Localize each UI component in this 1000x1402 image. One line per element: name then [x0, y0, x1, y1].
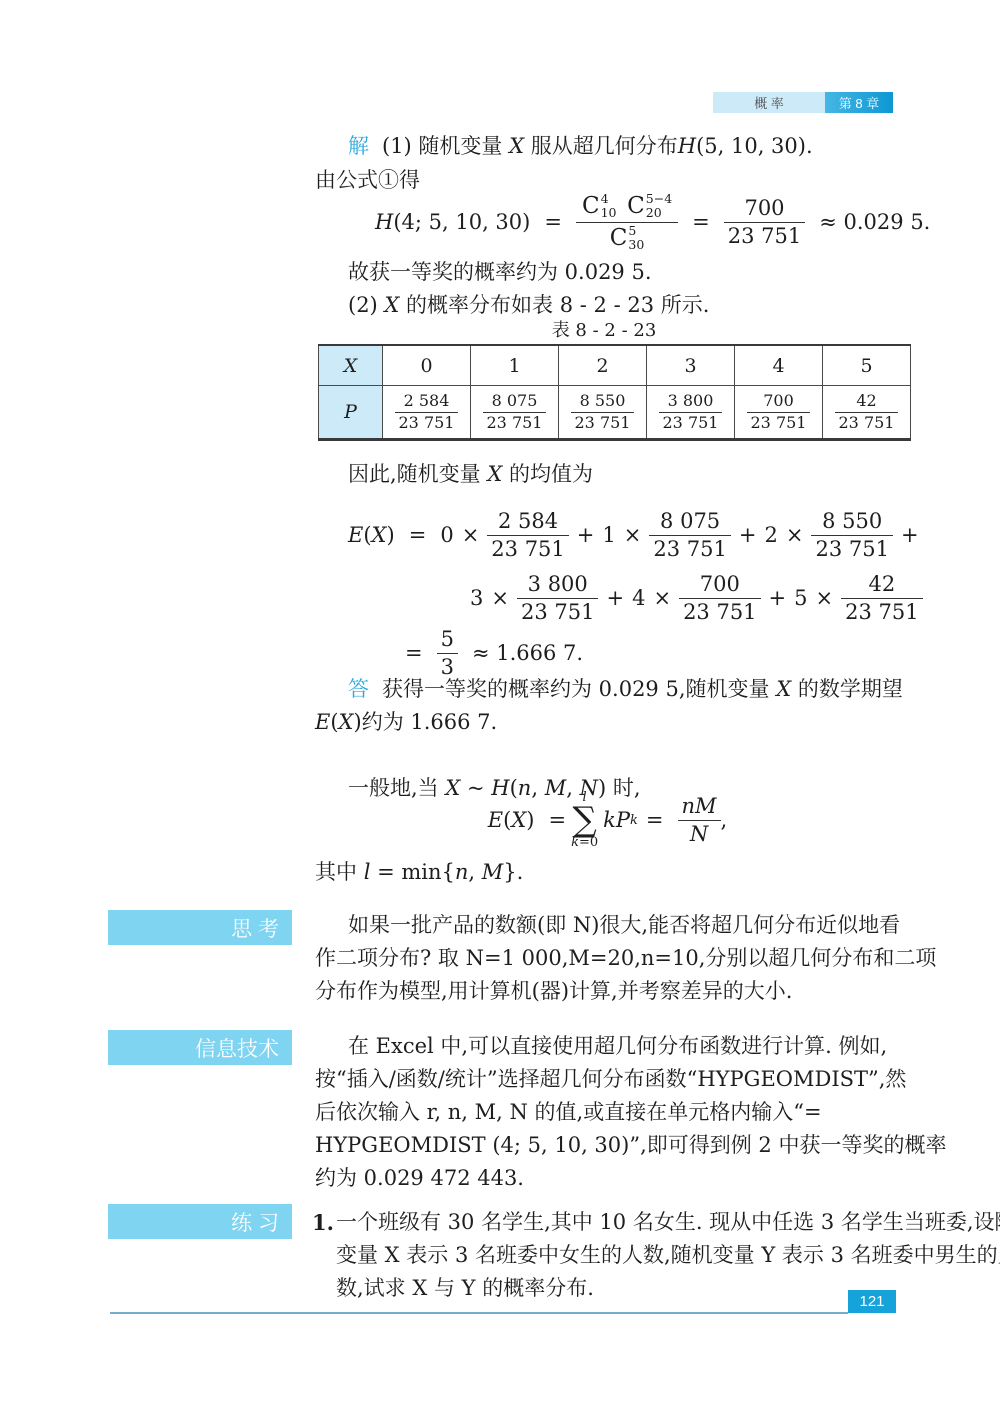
- fraction-denominator: 23 751: [811, 535, 892, 561]
- fraction-numerator: 8 075: [649, 509, 730, 534]
- comb-base: C: [627, 193, 645, 219]
- term-coefficient: 1: [602, 523, 615, 547]
- footer-rule: [110, 1312, 848, 1314]
- fraction-denominator: 23 751: [517, 598, 598, 624]
- var-X: X: [776, 677, 791, 701]
- mean-formula-result: = 53 ≈ 1.666 7.: [405, 629, 583, 677]
- term-coefficient: 5: [794, 586, 807, 610]
- times-sign: ×: [624, 523, 642, 547]
- fraction-denominator: 23 751: [747, 412, 811, 432]
- solution-text: (5, 10, 30).: [696, 134, 813, 158]
- table-cell: 0: [383, 345, 471, 386]
- exercise-line-1: 一个班级有 30 名学生,其中 10 名女生. 现从中任选 3 名学生当班委,设…: [336, 1206, 1000, 1239]
- infotech-line-5: 约为 0.029 472 443.: [315, 1162, 524, 1195]
- mean-text: 因此,随机变量: [348, 462, 487, 486]
- formula-args: (4; 5, 10, 30): [393, 210, 530, 234]
- solution-text: 服从超几何分布: [524, 134, 678, 158]
- mean-formula-row-1: E(X) = 0× 2 58423 751 + 1× 8 07523 751 +…: [348, 507, 919, 563]
- fraction-denominator: 23 751: [483, 412, 547, 432]
- solution-line-3: 故获一等奖的概率约为 0.029 5.: [348, 256, 652, 289]
- approx-value: ≈ 1.666 7.: [472, 641, 583, 665]
- mean-formula-row-2: 3× 3 80023 751 + 4× 70023 751 + 5× 4223 …: [470, 570, 923, 626]
- comma: ,: [468, 860, 481, 884]
- where-text: 其中: [315, 860, 364, 884]
- expectation-formula: E(X) = l ∑ k=0 kPk = nMN ,: [315, 785, 900, 855]
- exercise-line-3: 数,试求 X 与 Y 的概率分布.: [336, 1272, 594, 1305]
- exercise-number: 1.: [312, 1206, 334, 1239]
- equals-sign: =: [548, 808, 566, 832]
- table-cell: 1: [471, 345, 559, 386]
- equals-sign: =: [544, 210, 562, 234]
- think-line-3: 分布作为模型,用计算机(器)计算,并考察差异的大小.: [315, 975, 792, 1008]
- table-var-label: X: [319, 345, 383, 386]
- var-k: k: [571, 835, 579, 850]
- infotech-section-label: 信息技术: [108, 1030, 292, 1065]
- solution-line-1: 解(1) 随机变量 X 服从超几何分布H(5, 10, 30).: [348, 130, 813, 163]
- var-E: E: [488, 808, 503, 832]
- fraction-denominator: C530: [576, 222, 678, 253]
- textbook-page: 概 率 第 8 章 解(1) 随机变量 X 服从超几何分布H(5, 10, 30…: [0, 0, 1000, 1402]
- exercise-line-2: 变量 X 表示 3 名班委中女生的人数,随机变量 Y 表示 3 名班委中男生的人: [336, 1239, 1000, 1272]
- fraction-denominator: N: [678, 820, 721, 846]
- term-coefficient: 3: [470, 586, 483, 610]
- var-X: X: [339, 710, 354, 734]
- hypergeometric-formula: H(4; 5, 10, 30) = C410 C5−420 C530 = 700…: [375, 190, 930, 254]
- table-cell: 4: [735, 345, 823, 386]
- paren: ): [526, 808, 534, 832]
- comb-C-20-5-4: C5−420: [627, 192, 672, 221]
- term-coefficient: 0: [440, 523, 453, 547]
- var-E: E: [348, 523, 363, 547]
- sigma: ∑: [572, 804, 596, 836]
- times-sign: ×: [653, 586, 671, 610]
- term-coefficient: 4: [632, 586, 645, 610]
- paren: (: [363, 523, 371, 547]
- fraction-denominator: 23 751: [841, 598, 922, 624]
- answer-line-1: 答获得一等奖的概率约为 0.029 5,随机变量 X 的数学期望: [348, 673, 903, 706]
- numeric-fraction: 700 23 751: [724, 196, 805, 247]
- table-cell: 5: [823, 345, 911, 386]
- equals-sign: =: [405, 641, 423, 665]
- var-X: X: [511, 808, 526, 832]
- table-prob-label: P: [319, 386, 383, 440]
- page-number-badge: 121: [848, 1290, 896, 1313]
- comb-sup: 4: [601, 192, 617, 206]
- fraction-denominator: 23 751: [724, 222, 805, 248]
- fraction-numerator: 700: [747, 392, 811, 411]
- infotech-line-4: HYPGEOMDIST (4; 5, 10, 30)”,即可得到例 2 中获一等…: [315, 1129, 946, 1162]
- var-X: X: [487, 462, 502, 486]
- var-k-subscript: k: [630, 813, 638, 828]
- var-H: H: [678, 134, 696, 158]
- fraction-numerator: 2 584: [395, 392, 459, 411]
- think-line-2: 作二项分布? 取 N=1 000,M=20,n=10,分别以超几何分布和二项: [315, 942, 936, 975]
- fraction-denominator: 23 751: [659, 412, 723, 432]
- table-cell: 3: [647, 345, 735, 386]
- answer-line-2: E(X)约为 1.666 7.: [315, 706, 497, 739]
- fraction-numerator: 700: [724, 196, 805, 221]
- infotech-line-2: 按“插入/函数/统计”选择超几何分布函数“HYPGEOMDIST”,然: [315, 1063, 906, 1096]
- probability-distribution-table: X 0 1 2 3 4 5 P 2 58423 751 8 07523 751 …: [318, 344, 911, 441]
- table-cell: 8 55023 751: [559, 386, 647, 440]
- answer-text: 的数学期望: [791, 677, 903, 701]
- comb-sup: 5−4: [646, 192, 672, 206]
- fraction-denominator: 23 751: [649, 535, 730, 561]
- var-E: E: [315, 710, 330, 734]
- solution-label: 解: [348, 135, 369, 158]
- times-sign: ×: [462, 523, 480, 547]
- sum-lower-limit: k=0: [571, 836, 598, 849]
- var-n: n: [455, 860, 469, 884]
- term-coefficient: 2: [764, 523, 777, 547]
- table-cell: 8 07523 751: [471, 386, 559, 440]
- comb-sub: 10: [601, 206, 617, 220]
- answer-label: 答: [348, 678, 369, 701]
- var-H: H: [375, 210, 393, 234]
- times-sign: ×: [786, 523, 804, 547]
- comb-C-30-5: C530: [610, 224, 645, 253]
- comb-base: C: [582, 193, 600, 219]
- times-sign: ×: [816, 586, 834, 610]
- header-chapter-badge: 第 8 章: [825, 92, 893, 113]
- times-sign: ×: [491, 586, 509, 610]
- fraction-numerator: 42: [835, 392, 899, 411]
- min-open: = min{: [370, 860, 454, 884]
- fraction-denominator: 23 751: [571, 412, 635, 432]
- var-X: X: [372, 523, 387, 547]
- infotech-line-1: 在 Excel 中,可以直接使用超几何分布函数进行计算. 例如,: [315, 1030, 887, 1063]
- plus-sign: +: [606, 586, 624, 610]
- fraction-numerator: C410 C5−420: [576, 192, 678, 222]
- table-row-p: P 2 58423 751 8 07523 751 8 55023 751 3 …: [319, 386, 911, 440]
- fraction-denominator: 23 751: [679, 598, 760, 624]
- infotech-line-3: 后依次输入 r, n, M, N 的值,或直接在单元格内输入“=: [315, 1096, 822, 1129]
- answer-text: 约为 1.666 7.: [362, 710, 498, 734]
- mean-text: 的均值为: [502, 462, 593, 486]
- table-cell: 4223 751: [823, 386, 911, 440]
- plus-sign: +: [577, 523, 595, 547]
- equals-sign: =: [646, 808, 664, 832]
- fraction-denominator: 23 751: [395, 412, 459, 432]
- plus-sign: +: [769, 586, 787, 610]
- table-cell: 2 58423 751: [383, 386, 471, 440]
- fraction-numerator: 8 550: [811, 509, 892, 534]
- equals-sign: =: [409, 523, 427, 547]
- where-clause: 其中 l = min{n, M}.: [315, 856, 523, 889]
- combination-fraction: C410 C5−420 C530: [576, 192, 678, 253]
- comb-sub: 30: [628, 238, 644, 252]
- paren: ): [354, 710, 362, 734]
- table-cell: 3 80023 751: [647, 386, 735, 440]
- min-close: }.: [503, 860, 523, 884]
- plus-sign: +: [739, 523, 757, 547]
- approx-value: ≈ 0.029 5.: [819, 210, 930, 234]
- var-X: X: [509, 134, 524, 158]
- fraction-numerator: nM: [678, 794, 721, 819]
- fraction-numerator: 3 800: [517, 572, 598, 597]
- summation-symbol: l ∑ k=0: [571, 791, 598, 849]
- exercise-section-label: 练 习: [108, 1204, 292, 1239]
- fraction-numerator: 2 584: [487, 509, 568, 534]
- fraction-numerator: 3 800: [659, 392, 723, 411]
- comb-C-10-4: C410: [582, 192, 617, 221]
- fraction-numerator: 8 075: [483, 392, 547, 411]
- table-cell: 70023 751: [735, 386, 823, 440]
- var-kP: kP: [603, 808, 630, 832]
- comb-base: C: [610, 225, 628, 251]
- fraction-denominator: 23 751: [487, 535, 568, 561]
- var-M: M: [482, 860, 504, 884]
- table-cell: 2: [559, 345, 647, 386]
- page-header: 概 率 第 8 章: [713, 92, 893, 113]
- comb-sup: 5: [628, 224, 644, 238]
- equals-sign: =: [692, 210, 710, 234]
- paren: ): [387, 523, 395, 547]
- header-subject-label: 概 率: [713, 92, 825, 113]
- paren: (: [330, 710, 338, 734]
- solution-text: (1) 随机变量: [382, 134, 509, 158]
- fraction-denominator: 23 751: [835, 412, 899, 432]
- answer-text: 获得一等奖的概率约为 0.029 5,随机变量: [382, 677, 776, 701]
- fraction-numerator: 5: [437, 627, 458, 652]
- sum-lower-eq: =0: [579, 835, 598, 850]
- fraction-numerator: 42: [841, 572, 922, 597]
- plus-sign: +: [901, 523, 919, 547]
- table-caption: 表 8 - 2 - 23: [318, 314, 890, 347]
- think-section-label: 思 考: [108, 910, 292, 945]
- comma: ,: [721, 808, 728, 832]
- table-row-x: X 0 1 2 3 4 5: [319, 345, 911, 386]
- fraction-numerator: 700: [679, 572, 760, 597]
- mean-intro: 因此,随机变量 X 的均值为: [348, 458, 593, 491]
- fraction-numerator: 8 550: [571, 392, 635, 411]
- comb-sub: 20: [646, 206, 672, 220]
- think-line-1: 如果一批产品的数额(即 N)很大,能否将超几何分布近似地看: [315, 909, 900, 942]
